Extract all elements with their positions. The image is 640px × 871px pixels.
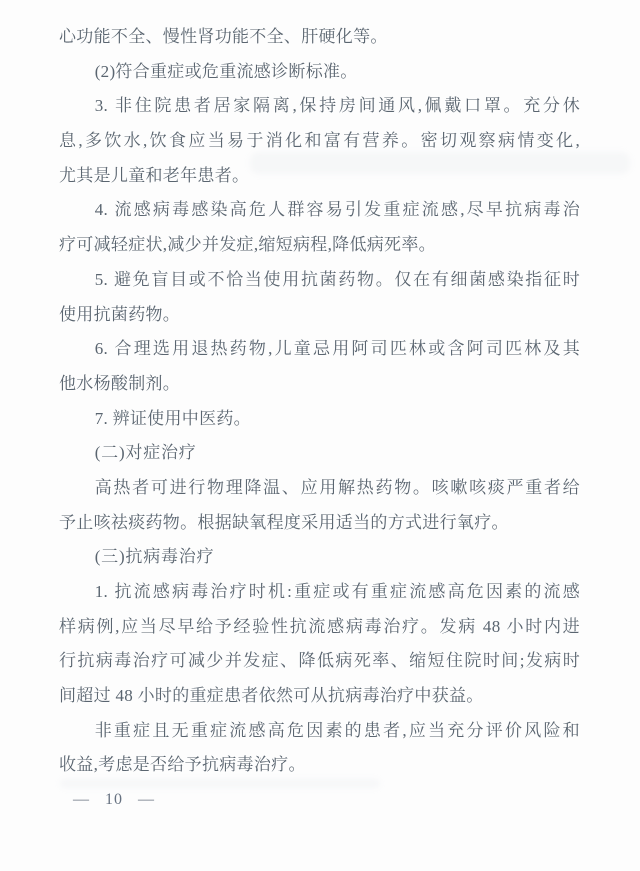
text-line: 高热者可进行物理降温、应用解热药物。咳嗽咳痰严重者给 — [59, 471, 580, 506]
text-block: 心功能不全、慢性肾功能不全、肝硬化等。(2)符合重症或危重流感诊断标准。3. 非… — [59, 20, 580, 783]
text-line: 4. 流感病毒感染高危人群容易引发重症流感,尽早抗病毒治 — [59, 193, 580, 228]
text-line: 1. 抗流感病毒治疗时机:重症或有重症流感高危因素的流感 — [59, 575, 580, 610]
text-line: 收益,考虑是否给予抗病毒治疗。 — [59, 748, 580, 783]
text-line: 疗可减轻症状,减少并发症,缩短病程,降低病死率。 — [59, 228, 580, 263]
text-line: 3. 非住院患者居家隔离,保持房间通风,佩戴口罩。充分休 — [59, 89, 580, 124]
text-line: 心功能不全、慢性肾功能不全、肝硬化等。 — [59, 20, 580, 55]
text-line: 尤其是儿童和老年患者。 — [59, 159, 580, 194]
document-page: 心功能不全、慢性肾功能不全、肝硬化等。(2)符合重症或危重流感诊断标准。3. 非… — [0, 0, 640, 871]
text-line: (2)符合重症或危重流感诊断标准。 — [59, 55, 580, 90]
text-line: 息,多饮水,饮食应当易于消化和富有营养。密切观察病情变化, — [59, 124, 580, 159]
text-line: 样病例,应当尽早给予经验性抗流感病毒治疗。发病 48 小时内进 — [59, 610, 580, 645]
page-number: — 10 — — [73, 783, 155, 818]
text-line: 使用抗菌药物。 — [59, 298, 580, 333]
text-line: 非重症且无重症流感高危因素的患者,应当充分评价风险和 — [59, 714, 580, 749]
text-line: 间超过 48 小时的重症患者依然可从抗病毒治疗中获益。 — [59, 679, 580, 714]
text-line: 7. 辨证使用中医药。 — [59, 402, 580, 437]
section-heading: (三)抗病毒治疗 — [59, 540, 580, 575]
text-line: 他水杨酸制剂。 — [59, 367, 580, 402]
text-line: 5. 避免盲目或不恰当使用抗菌药物。仅在有细菌感染指征时 — [59, 263, 580, 298]
text-line: 行抗病毒治疗可减少并发症、降低病死率、缩短住院时间;发病时 — [59, 644, 580, 679]
text-line: 6. 合理选用退热药物,儿童忌用阿司匹林或含阿司匹林及其 — [59, 332, 580, 367]
section-heading: (二)对症治疗 — [59, 436, 580, 471]
text-line: 予止咳祛痰药物。根据缺氧程度采用适当的方式进行氧疗。 — [59, 506, 580, 541]
